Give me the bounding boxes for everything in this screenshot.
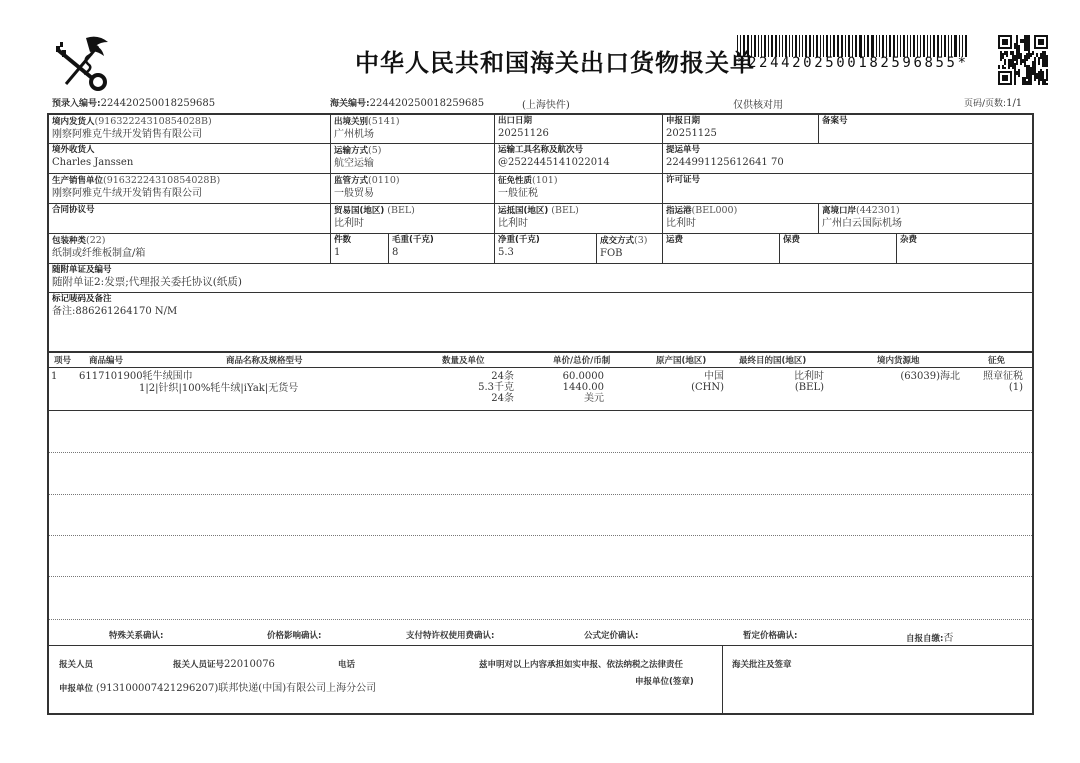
bill-no-cell: 提运单号 2244991125612641 70 [663,144,1032,174]
exemption-nature-cell: 征免性质(101) 一般征税 [495,174,663,204]
destination-port-cell: 指运港(BEL000) 比利时 [663,204,819,234]
declaration-statement: 兹申明对以上内容承担如实申报、依法纳税之法律责任 [479,658,683,670]
supervision-mode-cell: 监管方式(0110) 一般贸易 [331,174,495,204]
gross-weight-cell: 毛重(千克) 8 [389,234,495,264]
license-no-cell: 许可证号 [663,174,1032,204]
col-product-name: 商品名称及规格型号 [226,354,303,366]
declaration-form: 境内发货人(91632224310854028B) 刚察阿雅克牛绒开发销售有限公… [47,113,1034,715]
exit-customs-cell: 出境关别(5141) 广州机场 [331,115,495,144]
col-origin: 原产国(地区) [656,354,706,366]
transport-mode-cell: 运输方式(5) 航空运输 [331,144,495,174]
price-influence-confirm: 价格影响确认: [267,629,321,641]
royalty-confirm: 支付特许权使用费确认: [406,629,494,641]
destination-country-cell: 运抵国(地区) (BEL) 比利时 [495,204,663,234]
phone-label: 电话 [338,658,355,670]
net-weight-cell: 净重(千克) 5.3 [495,234,597,264]
special-relation-confirm: 特殊关系确认: [109,629,163,641]
express-note: (上海快件) [522,96,570,111]
self-declare: 自报自缴:否 [906,629,953,644]
col-item-no: 项号 [54,354,71,366]
transport-name-cell: 运输工具名称及航次号 @2522445141022014 [495,144,663,174]
document-title: 中华人民共和国海关出口货物报关单 [355,43,755,78]
package-type-cell: 包装种类(22) 纸制或纤维板制盒/箱 [49,234,331,264]
pieces-cell: 件数 1 [331,234,389,264]
attached-docs-cell: 随附单证及编号 随附单证2:发票;代理报关委托协议(纸质) [49,264,1032,293]
customs-number: 海关编号:224420250018259685 [330,96,484,109]
declarant-label: 报关人员 [59,658,93,670]
trade-country-cell: 贸易国(地区) (BEL) 比利时 [331,204,495,234]
domestic-shipper-cell: 境内发货人(91632224310854028B) 刚察阿雅克牛绒开发销售有限公… [49,115,331,144]
page-indicator: 页码/页数:1/1 [964,96,1022,109]
declaring-unit: 申报单位 (913100007421296207)联邦快递(中国)有限公司上海分… [59,679,376,694]
col-source: 境内货源地 [877,354,920,366]
qr-code-icon [998,35,1048,85]
customs-emblem-icon [52,32,114,92]
customs-approval: 海关批注及签章 [732,658,792,670]
freight-cell: 运费 [663,234,780,264]
col-exemption: 征免 [988,354,1005,366]
col-quantity: 数量及单位 [442,354,485,366]
transaction-mode-cell: 成交方式(3) FOB [597,234,663,264]
hs-code-and-name: 6117101900牦牛绒围巾 [79,371,193,382]
col-destination: 最终目的国(地区) [739,354,806,366]
record-no-cell: 备案号 [819,115,1032,144]
exit-port-cell: 离境口岸(442301) 广州白云国际机场 [819,204,1032,234]
insurance-cell: 保费 [780,234,897,264]
misc-fee-cell: 杂费 [897,234,1032,264]
declare-date-cell: 申报日期 20251125 [663,115,819,144]
barcode-number: *2244202500182596855* [737,55,969,71]
col-hs-code: 商品编号 [89,354,123,366]
barcode-icon [737,35,969,57]
pre-entry-number: 预录入编号:224420250018259685 [52,96,215,109]
declaring-seal: 申报单位(签章) [635,675,694,687]
producer-cell: 生产销售单位(91632224310854028B) 刚察阿雅克牛绒开发销售有限… [49,174,331,204]
provisional-price-confirm: 暂定价格确认: [743,629,797,641]
declarant-cert: 报关人员证号22010076 [173,658,275,670]
contract-no-cell: 合同协议号 [49,204,331,234]
formula-pricing-confirm: 公式定价确认: [584,629,638,641]
overseas-consignee-cell: 境外收货人 Charles Janssen [49,144,331,174]
marks-cell: 标记唛码及备注 备注:886261264170 N/M [49,293,1032,351]
export-date-cell: 出口日期 20251126 [495,115,663,144]
col-price: 单价/总价/币制 [553,354,610,366]
check-note: 仅供核对用 [733,96,783,111]
